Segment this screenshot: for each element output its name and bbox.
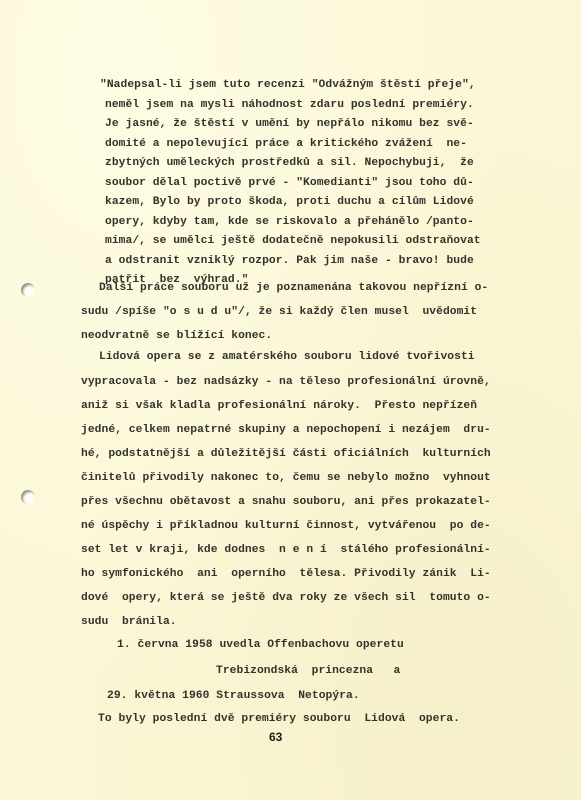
- paragraph-line: ho symfonického ani operního tělesa. Při…: [81, 567, 491, 581]
- paragraph-line: Lidová opera se z amatérského souboru li…: [99, 350, 475, 364]
- quote-line: Je jasné, že štěstí v umění by nepřálo n…: [105, 117, 474, 131]
- closing-line: To byly poslední dvě premiéry souboru Li…: [98, 712, 460, 726]
- premiere-line: Trebizondská princezna a: [216, 664, 400, 678]
- premiere-line: 29. května 1960 Straussova Netopýra.: [107, 689, 360, 703]
- paragraph-line: jedné, celkem nepatrné skupiny a nepocho…: [81, 423, 491, 437]
- quote-line: kazem, Bylo by proto škoda, proti duchu …: [105, 195, 474, 209]
- quote-line: domité a nepolevující práce a kritického…: [105, 137, 467, 151]
- quote-line: soubor dělal poctivě prvé - "Komedianti"…: [105, 176, 474, 190]
- paragraph-line: sudu bránila.: [81, 615, 177, 629]
- paragraph-line: aniž si však kladla profesionální nároky…: [81, 399, 477, 413]
- paragraph-line: přes všechnu obětavost a snahu souboru, …: [81, 495, 491, 509]
- premiere-line: 1. června 1958 uvedla Offenbachovu opere…: [117, 638, 404, 652]
- quote-line: a odstranit vzniklý rozpor. Pak jim naše…: [105, 254, 474, 268]
- punch-hole-bottom: [21, 490, 35, 504]
- quote-line: zbytných uměleckých prostředků a sil. Ne…: [105, 156, 474, 170]
- paragraph-line: Další práce souboru už je poznamenána ta…: [99, 281, 488, 295]
- page-number: 63: [269, 730, 282, 744]
- paragraph-line: neodvratně se blížící konec.: [81, 329, 272, 343]
- paragraph-line: činitelů přivodily nakonec to, čemu se n…: [81, 471, 491, 485]
- paragraph-line: dové opery, která se ještě dva roky ze v…: [81, 591, 491, 605]
- typewritten-page: "Nadepsal-li jsem tuto recenzi "Odvážným…: [0, 0, 581, 800]
- paragraph-line: set let v kraji, kde dodnes n e n í stál…: [81, 543, 491, 557]
- punch-hole-top: [21, 283, 35, 297]
- quote-line: opery, kdyby tam, kde se riskovalo a pře…: [105, 215, 474, 229]
- paragraph-line: né úspěchy i příkladnou kulturní činnost…: [81, 519, 491, 533]
- quote-line: neměl jsem na mysli náhodnost zdaru posl…: [105, 98, 474, 112]
- quote-line: mima/, se umělci ještě dodatečně nepokus…: [105, 234, 481, 248]
- paragraph-line: vypracovala - bez nadsázky - na těleso p…: [81, 375, 491, 389]
- paragraph-line: sudu /spíše "o s u d u"/, že si každý čl…: [81, 305, 477, 319]
- quote-line: "Nadepsal-li jsem tuto recenzi "Odvážným…: [100, 78, 476, 92]
- paragraph-line: hé, podstatnější a důležitější části ofi…: [81, 447, 491, 461]
